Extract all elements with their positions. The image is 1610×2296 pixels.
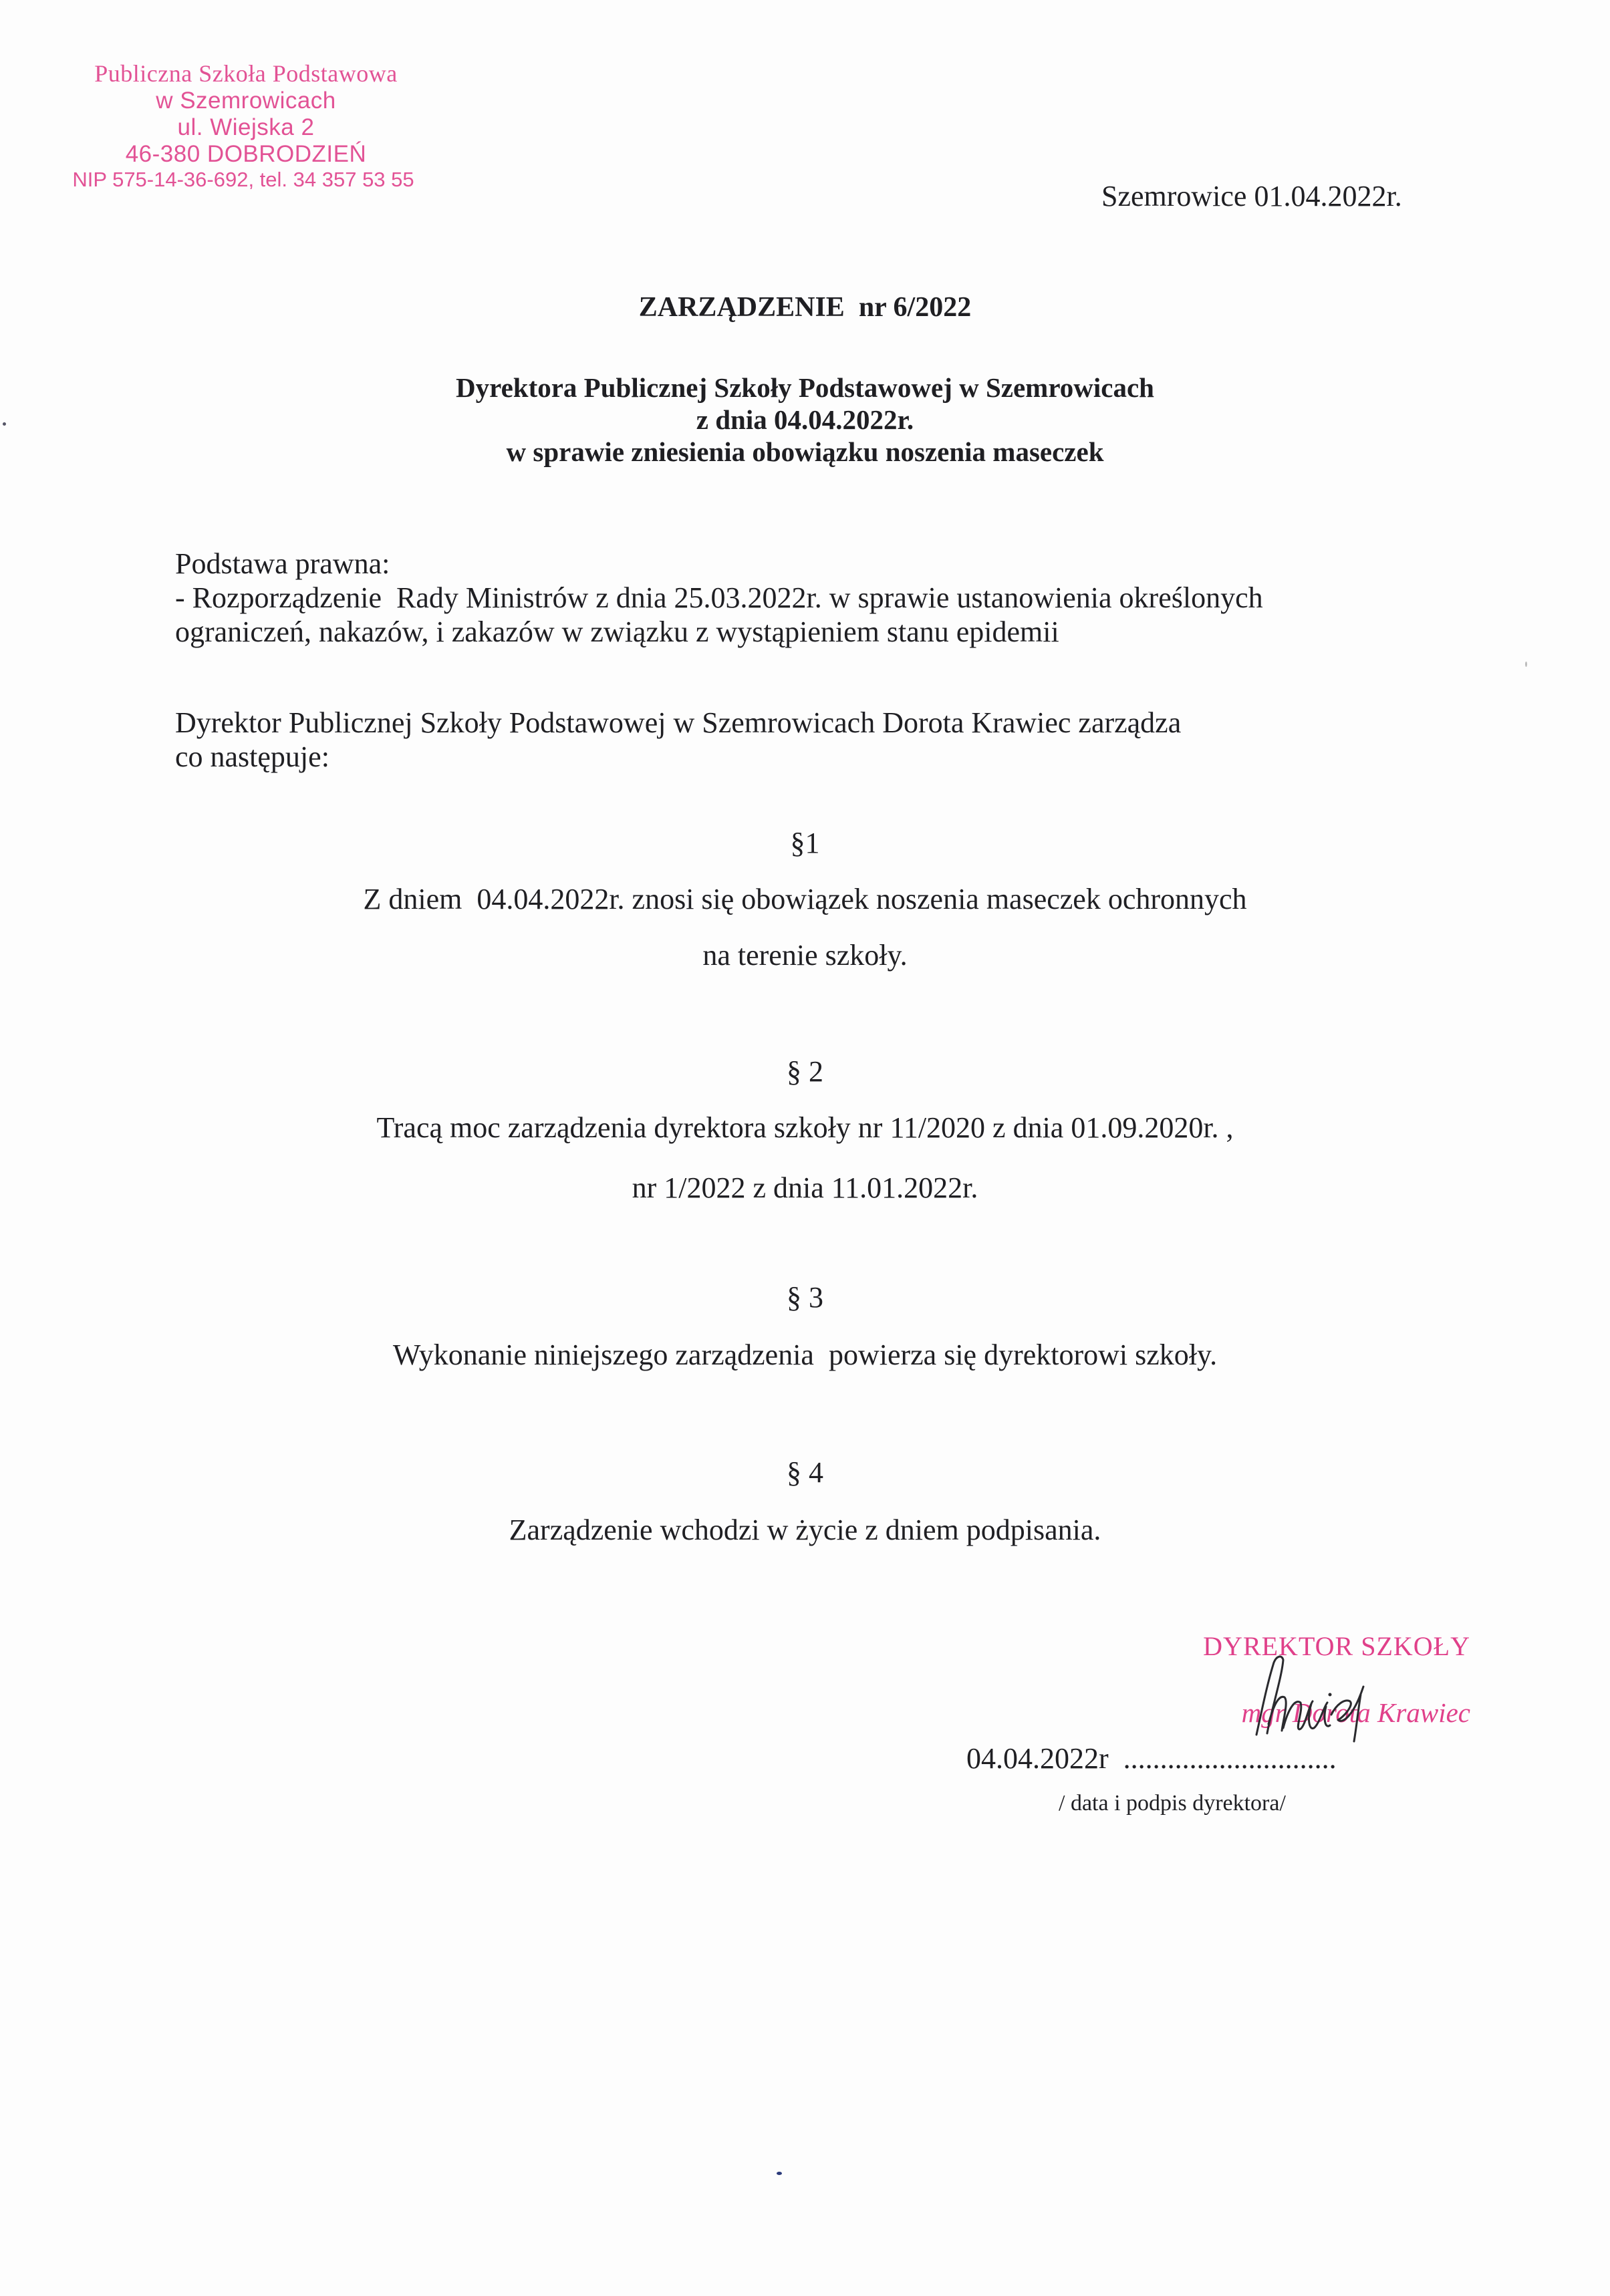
- subtitle-subject: w sprawie zniesienia obowiązku noszenia …: [0, 436, 1610, 468]
- intro-line: co następuje:: [175, 740, 1445, 774]
- legal-basis: Podstawa prawna: - Rozporządzenie Rady M…: [175, 547, 1445, 649]
- subtitle-date: z dnia 04.04.2022r.: [0, 404, 1610, 436]
- intro-line: Dyrektor Publicznej Szkoły Podstawowej w…: [175, 706, 1445, 740]
- scan-speck: [1525, 662, 1527, 667]
- place-date: Szemrowice 01.04.2022r.: [1101, 179, 1402, 213]
- paragraph-4-text: Zarządzenie wchodzi w życie z dniem podp…: [0, 1513, 1610, 1547]
- stamp-locality: w Szemrowicach: [59, 89, 433, 112]
- paragraph-1-mark: §1: [0, 826, 1610, 860]
- document-subtitle: Dyrektora Publicznej Szkoły Podstawowej …: [0, 372, 1610, 468]
- subtitle-issuer: Dyrektora Publicznej Szkoły Podstawowej …: [0, 372, 1610, 404]
- paragraph-1-text: Z dniem 04.04.2022r. znosi się obowiązek…: [0, 882, 1610, 916]
- paragraph-2-text-cont: nr 1/2022 z dnia 11.01.2022r.: [0, 1171, 1610, 1205]
- signature-caption: / data i podpis dyrektora/: [1059, 1791, 1286, 1816]
- school-stamp: Publiczna Szkoła Podstawowa w Szemrowica…: [59, 61, 433, 193]
- stamp-street: ul. Wiejska 2: [59, 116, 433, 139]
- paragraph-4-mark: § 4: [0, 1455, 1610, 1489]
- paragraph-2-text: Tracą moc zarządzenia dyrektora szkoły n…: [0, 1111, 1610, 1145]
- stamp-postal-city: 46-380 DOBRODZIEŃ: [59, 142, 433, 166]
- stamp-school-name: Publiczna Szkoła Podstawowa: [59, 61, 433, 86]
- paragraph-1-text-cont: na terenie szkoły.: [0, 938, 1610, 972]
- intro-text: Dyrektor Publicznej Szkoły Podstawowej w…: [175, 706, 1445, 774]
- document-title: ZARZĄDZENIE nr 6/2022: [0, 291, 1610, 323]
- document-page: Publiczna Szkoła Podstawowa w Szemrowica…: [0, 0, 1610, 2296]
- legal-basis-label: Podstawa prawna:: [175, 547, 1445, 581]
- paragraph-3-text: Wykonanie niniejszego zarządzenia powier…: [0, 1338, 1610, 1372]
- scan-speck: [3, 422, 6, 426]
- paragraph-3-mark: § 3: [0, 1280, 1610, 1314]
- scan-speck: [777, 2172, 782, 2175]
- paragraph-2-mark: § 2: [0, 1054, 1610, 1089]
- stamp-nip-phone: NIP 575-14-36-692, tel. 34 357 53 55: [53, 169, 433, 190]
- signature-date-line: 04.04.2022r ............................…: [966, 1741, 1337, 1775]
- handwritten-signature-icon: [1230, 1651, 1390, 1744]
- legal-basis-line: - Rozporządzenie Rady Ministrów z dnia 2…: [175, 581, 1445, 615]
- legal-basis-line: ograniczeń, nakazów, i zakazów w związku…: [175, 615, 1445, 649]
